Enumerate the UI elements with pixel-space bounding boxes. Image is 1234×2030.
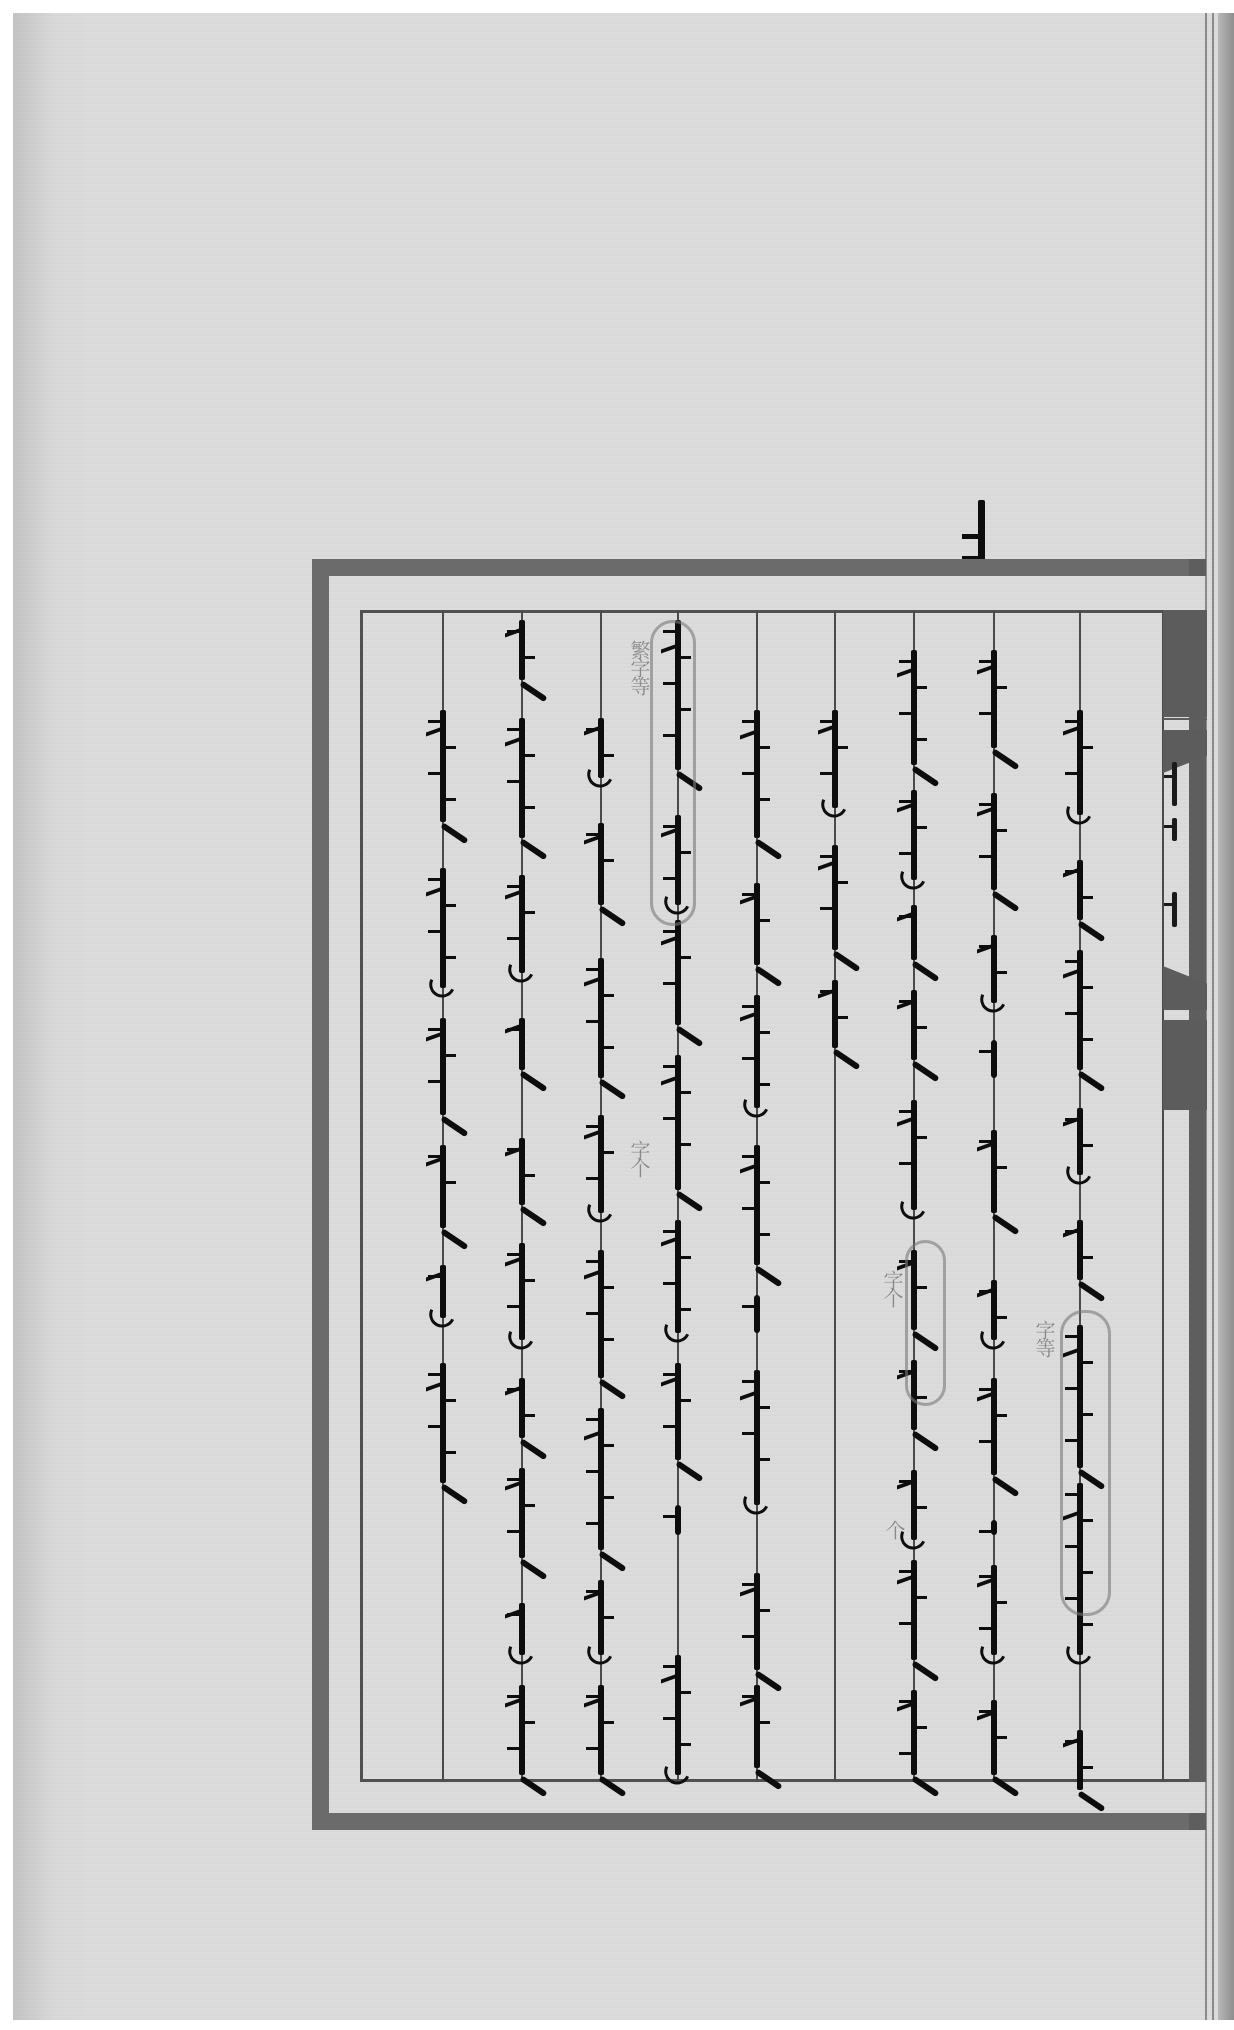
manchu-word (519, 1243, 525, 1340)
glyph-stroke (428, 878, 440, 881)
manchu-word (991, 1130, 997, 1213)
glyph-stroke (444, 1181, 456, 1184)
glyph-stroke (444, 746, 456, 749)
glyph-stroke (1081, 746, 1093, 749)
glyph-stroke (742, 1057, 754, 1060)
glyph-stroke (742, 1635, 754, 1638)
glyph-stroke (995, 1414, 1007, 1417)
manchu-word (1077, 1108, 1083, 1175)
glyph-stroke (586, 728, 598, 731)
manchu-word (675, 1505, 681, 1535)
glyph-stroke (899, 1700, 911, 1703)
glyph-stroke (523, 754, 535, 757)
glyph-stroke (1065, 1740, 1077, 1743)
glyph-stroke (586, 1177, 598, 1180)
glyph-stroke (979, 1140, 991, 1143)
glyph-stroke (663, 1665, 675, 1668)
manchu-word (519, 1603, 525, 1655)
manchu-word (598, 1685, 604, 1775)
glyph-stroke (428, 1373, 440, 1376)
glyph-stroke (663, 982, 675, 985)
banxin-label (1172, 892, 1177, 927)
glyph-stroke (444, 956, 456, 959)
glyph-stroke (663, 1425, 675, 1428)
pencil-bracket (650, 620, 696, 926)
glyph-stroke (1065, 960, 1077, 963)
glyph-stroke (979, 1290, 991, 1293)
glyph-stroke (523, 1414, 535, 1417)
glyph-stroke (979, 803, 991, 806)
glyph-stroke (820, 772, 832, 775)
manchu-word (519, 620, 525, 680)
glyph-stroke (742, 1305, 754, 1308)
glyph-stroke (836, 746, 848, 749)
ruled-line (1162, 610, 1164, 1782)
glyph-stroke (742, 772, 754, 775)
manchu-word (911, 1470, 917, 1540)
glyph-stroke (663, 1373, 675, 1376)
glyph-stroke (586, 1125, 598, 1128)
glyph-stroke (507, 1028, 519, 1031)
glyph-stroke (679, 1399, 691, 1402)
glyph-stroke (820, 855, 832, 858)
glyph-stroke (915, 1026, 927, 1029)
manchu-word (754, 1295, 760, 1333)
manchu-word (911, 1560, 917, 1660)
manchu-word (991, 1700, 997, 1775)
manchu-word (911, 1100, 917, 1210)
glyph-stroke (679, 1091, 691, 1094)
manchu-word (911, 905, 917, 960)
glyph-stroke (602, 994, 614, 997)
glyph-stroke (742, 893, 754, 896)
glyph-stroke (742, 1695, 754, 1698)
glyph-stroke (758, 798, 770, 801)
glyph-stroke (995, 829, 1007, 832)
glyph-stroke (758, 1721, 770, 1724)
manchu-word (519, 1378, 525, 1438)
manchu-word (440, 1145, 446, 1228)
manchu-word (440, 710, 446, 822)
glyph-stroke (602, 859, 614, 862)
manchu-word (1077, 1730, 1083, 1790)
manchu-word (440, 868, 446, 988)
glyph-stroke (979, 1440, 991, 1443)
glyph-stroke (915, 1726, 927, 1729)
glyph-stroke (679, 956, 691, 959)
glyph-stroke (507, 728, 519, 731)
glyph-stroke (428, 1425, 440, 1428)
glyph-stroke (742, 1432, 754, 1435)
glyph-stroke (507, 1388, 519, 1391)
glyph-stroke (899, 800, 911, 803)
glyph-stroke (444, 1399, 456, 1402)
glyph-stroke (602, 1151, 614, 1154)
glyph-stroke (428, 772, 440, 775)
manchu-word (991, 650, 997, 748)
glyph-stroke (836, 881, 848, 884)
glyph-stroke (758, 1406, 770, 1409)
glyph-stroke (602, 1721, 614, 1724)
glyph-stroke (899, 660, 911, 663)
glyph-stroke (979, 660, 991, 663)
glyph-stroke (899, 1570, 911, 1573)
glyph-stroke (1081, 1766, 1093, 1769)
glyph-stroke (899, 1110, 911, 1113)
glyph-stroke (586, 1020, 598, 1023)
glyph-stroke (444, 1054, 456, 1057)
glyph-stroke (979, 855, 991, 858)
glyph-stroke (915, 1596, 927, 1599)
glyph-stroke (523, 1504, 535, 1507)
glyph-stroke (758, 919, 770, 922)
glyph-stroke (742, 1380, 754, 1383)
glyph-stroke (428, 1155, 440, 1158)
glyph-stroke (899, 1480, 911, 1483)
manchu-word (832, 980, 838, 1048)
manchu-word (598, 1250, 604, 1378)
glyph-stroke (602, 1046, 614, 1049)
manchu-word (991, 1040, 997, 1078)
glyph-stroke (586, 1695, 598, 1698)
glyph-stroke (979, 1710, 991, 1713)
glyph-stroke (586, 1418, 598, 1421)
glyph-stroke (995, 1736, 1007, 1739)
glyph-stroke (979, 945, 991, 948)
manchu-word (675, 1363, 681, 1460)
manchu-word (911, 1690, 917, 1775)
glyph-stroke (1081, 1144, 1093, 1147)
glyph-stroke (995, 971, 1007, 974)
glyph-stroke (1065, 720, 1077, 723)
pencil-note: 字等 (1030, 1320, 1059, 1356)
glyph-stroke (444, 798, 456, 801)
glyph-stroke (1081, 1256, 1093, 1259)
glyph-stroke (758, 1458, 770, 1461)
manchu-word (991, 1378, 997, 1475)
glyph-stroke (899, 852, 911, 855)
glyph-stroke (995, 1316, 1007, 1319)
pencil-note: 字个 (878, 1270, 907, 1306)
glyph-stroke (663, 1717, 675, 1720)
glyph-stroke (742, 1155, 754, 1158)
glyph-stroke (679, 1743, 691, 1746)
glyph-stroke (679, 1256, 691, 1259)
glyph-stroke (836, 1016, 848, 1019)
glyph-stroke (742, 1207, 754, 1210)
manchu-word (991, 1520, 997, 1535)
manchu-word (675, 1220, 681, 1333)
glyph-stroke (523, 1174, 535, 1177)
glyph-stroke (1081, 1038, 1093, 1041)
glyph-stroke (1065, 1012, 1077, 1015)
manchu-word (519, 875, 525, 973)
glyph-stroke (663, 930, 675, 933)
banxin-bar (1163, 1022, 1207, 1110)
glyph-stroke (507, 1530, 519, 1533)
manchu-word (1077, 1220, 1083, 1280)
manchu-word (991, 935, 997, 1003)
manchu-word (675, 1655, 681, 1775)
page-edge-line (1212, 13, 1214, 2020)
manchu-word (754, 883, 760, 965)
glyph-stroke (586, 968, 598, 971)
manchu-word (440, 1018, 446, 1115)
glyph-stroke (979, 712, 991, 715)
glyph-stroke (507, 885, 519, 888)
bottom-border-tail (1189, 1813, 1206, 1830)
glyph-stroke (428, 1080, 440, 1083)
manchu-word (598, 718, 604, 778)
glyph-stroke (523, 656, 535, 659)
manchu-word (675, 1055, 681, 1190)
glyph-stroke (663, 1117, 675, 1120)
glyph-stroke (428, 930, 440, 933)
manchu-word (832, 845, 838, 950)
glyph-stroke (507, 1695, 519, 1698)
glyph-stroke (995, 1166, 1007, 1169)
glyph-stroke (679, 1308, 691, 1311)
manchu-word (754, 995, 760, 1108)
glyph-stroke (979, 1575, 991, 1578)
glyph-stroke (979, 1627, 991, 1630)
manchu-word (754, 1573, 760, 1670)
manchu-word (598, 958, 604, 1078)
manchu-word (754, 710, 760, 838)
banxin-label (1172, 818, 1177, 841)
glyph-stroke (444, 904, 456, 907)
manchu-word (598, 1580, 604, 1655)
fishtail-line (1163, 718, 1207, 720)
glyph-stroke (602, 1338, 614, 1341)
glyph-stroke (586, 1470, 598, 1473)
glyph-stroke (663, 1065, 675, 1068)
glyph-stroke (915, 826, 927, 829)
glyph-stroke (899, 712, 911, 715)
manchu-word (675, 920, 681, 1025)
glyph-stroke (507, 1253, 519, 1256)
glyph-stroke (602, 1444, 614, 1447)
glyph-stroke (663, 1282, 675, 1285)
glyph-stroke (507, 937, 519, 940)
manchu-word (519, 1138, 525, 1205)
glyph-stroke (1081, 986, 1093, 989)
page-edge-shadow (1218, 13, 1234, 2020)
glyph-stroke (663, 1515, 675, 1518)
glyph-stroke (428, 1028, 440, 1031)
manchu-word (598, 1408, 604, 1550)
glyph-stroke (602, 1616, 614, 1619)
glyph-stroke (820, 720, 832, 723)
manchu-word (991, 1280, 997, 1340)
glyph-stroke (1065, 870, 1077, 873)
glyph-stroke (758, 1181, 770, 1184)
glyph-stroke (523, 1721, 535, 1724)
glyph-stroke (586, 1747, 598, 1750)
pencil-note: 繁字等 (625, 640, 654, 694)
manchu-word (519, 1018, 525, 1070)
glyph-stroke (915, 738, 927, 741)
glyph-stroke (602, 1496, 614, 1499)
glyph-stroke (679, 1143, 691, 1146)
glyph-stroke (1065, 1118, 1077, 1121)
glyph-stroke (507, 1305, 519, 1308)
manchu-word (1077, 950, 1083, 1070)
glyph-stroke (995, 686, 1007, 689)
manchu-word (1077, 860, 1083, 920)
glyph-stroke (899, 1000, 911, 1003)
glyph-stroke (899, 1162, 911, 1165)
glyph-stroke (1065, 772, 1077, 775)
manchu-word (598, 823, 604, 905)
glyph-stroke (758, 1233, 770, 1236)
manchu-word (754, 1685, 760, 1768)
glyph-stroke (742, 1005, 754, 1008)
pencil-note: 个 (880, 1520, 909, 1538)
glyph-stroke (820, 907, 832, 910)
manchu-word (1077, 710, 1083, 815)
glyph-stroke (979, 1530, 991, 1533)
glyph-stroke (586, 833, 598, 836)
glyph-stroke (523, 911, 535, 914)
glyph-stroke (523, 806, 535, 809)
glyph-stroke (758, 746, 770, 749)
glyph-stroke (444, 1451, 456, 1454)
glyph-stroke (742, 720, 754, 723)
pencil-bracket (1060, 1310, 1111, 1616)
manchu-word (754, 1370, 760, 1505)
glyph-stroke (507, 1747, 519, 1750)
banxin-bar (1163, 610, 1207, 717)
glyph-stroke (742, 1583, 754, 1586)
glyph-stroke (507, 1478, 519, 1481)
glyph-stroke (663, 1230, 675, 1233)
top-border-tail (1189, 559, 1206, 576)
glyph-stroke (428, 720, 440, 723)
glyph-stroke (507, 780, 519, 783)
glyph-stroke (507, 630, 519, 633)
glyph-stroke (1081, 896, 1093, 899)
glyph-stroke (1081, 1623, 1093, 1626)
banxin-label (1172, 762, 1177, 806)
glyph-stroke (915, 686, 927, 689)
glyph-stroke (428, 1275, 440, 1278)
glyph-stroke (979, 1050, 991, 1053)
glyph-stroke (507, 1613, 519, 1616)
pencil-bracket (905, 1240, 946, 1406)
glyph-stroke (995, 1601, 1007, 1604)
pencil-note: 字个 (625, 1140, 654, 1176)
manchu-word (440, 1265, 446, 1318)
manchu-word (911, 790, 917, 880)
glyph-stroke (679, 1691, 691, 1694)
manchu-word (754, 1145, 760, 1265)
manchu-word (911, 990, 917, 1060)
glyph-stroke (523, 1279, 535, 1282)
glyph-stroke (899, 1622, 911, 1625)
manchu-word (598, 1115, 604, 1213)
glyph-stroke (602, 754, 614, 757)
glyph-stroke (758, 1083, 770, 1086)
glyph-stroke (899, 1752, 911, 1755)
glyph-stroke (979, 1388, 991, 1391)
manchu-word (832, 710, 838, 808)
glyph-stroke (915, 1136, 927, 1139)
glyph-stroke (758, 1031, 770, 1034)
glyph-stroke (602, 1286, 614, 1289)
manchu-word (911, 650, 917, 765)
glyph-stroke (1065, 1230, 1077, 1233)
manchu-word (519, 1685, 525, 1775)
manchu-word (991, 793, 997, 890)
glyph-stroke (586, 1522, 598, 1525)
manchu-word (519, 1468, 525, 1558)
glyph-stroke (915, 1506, 927, 1509)
glyph-stroke (820, 990, 832, 993)
manchu-word (440, 1363, 446, 1483)
glyph-stroke (899, 915, 911, 918)
glyph-stroke (758, 1609, 770, 1612)
glyph-stroke (586, 1590, 598, 1593)
manchu-word (991, 1565, 997, 1655)
glyph-stroke (586, 1312, 598, 1315)
manchu-word (519, 718, 525, 838)
glyph-stroke (507, 1148, 519, 1151)
right-frame-bar (1189, 612, 1206, 1782)
glyph-stroke (586, 1260, 598, 1263)
